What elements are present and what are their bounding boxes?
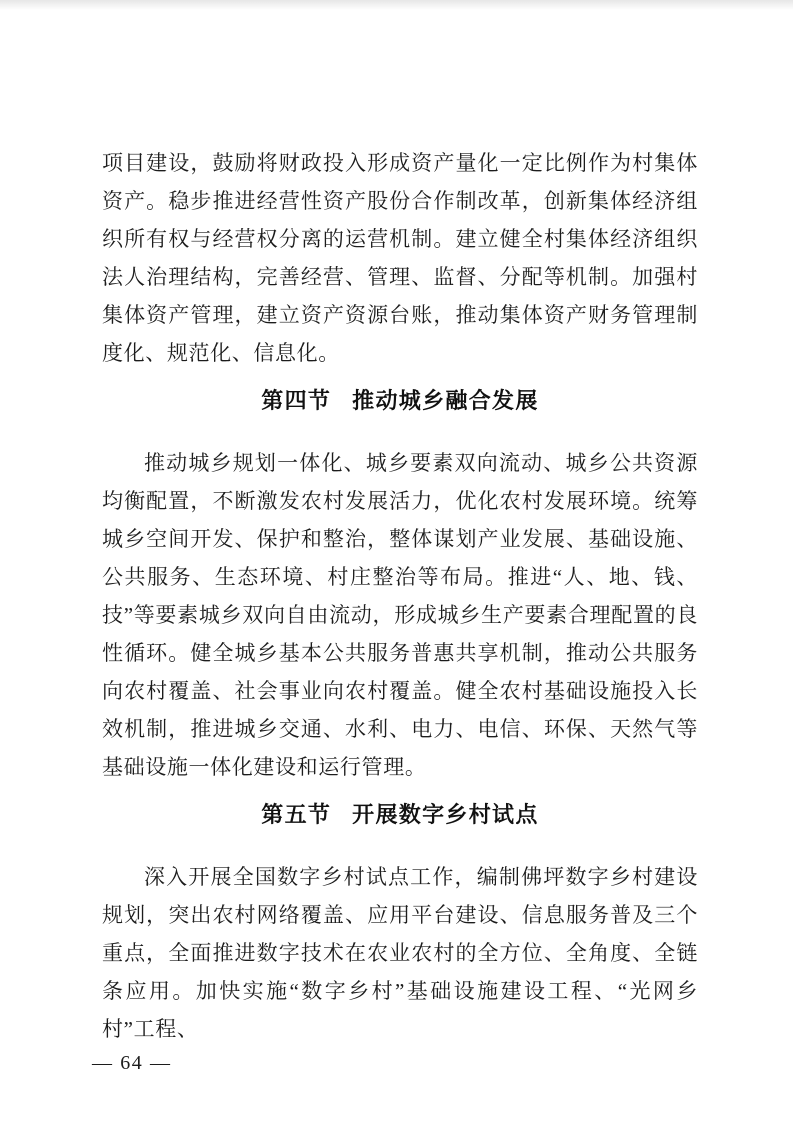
section-title: 开展数字乡村试点 bbox=[352, 802, 539, 827]
section-title: 推动城乡融合发展 bbox=[352, 388, 539, 413]
page-content: 项目建设，鼓励将财政投入形成资产量化一定比例作为村集体资产。稳步推进经营性资产股… bbox=[102, 144, 698, 1048]
document-page: 项目建设，鼓励将财政投入形成资产量化一定比例作为村集体资产。稳步推进经营性资产股… bbox=[0, 0, 793, 1122]
paragraph-continuation: 项目建设，鼓励将财政投入形成资产量化一定比例作为村集体资产。稳步推进经营性资产股… bbox=[102, 144, 698, 372]
section-number: 第五节 bbox=[261, 802, 331, 827]
paragraph-body: 推动城乡规划一体化、城乡要素双向流动、城乡公共资源均衡配置，不断激发农村发展活力… bbox=[102, 444, 698, 786]
section-heading-5: 第五节开展数字乡村试点 bbox=[102, 800, 698, 830]
page-number: — 64 — bbox=[92, 1048, 172, 1078]
section-number: 第四节 bbox=[261, 388, 331, 413]
paragraph-body: 深入开展全国数字乡村试点工作，编制佛坪数字乡村建设规划，突出农村网络覆盖、应用平… bbox=[102, 858, 698, 1048]
section-heading-4: 第四节推动城乡融合发展 bbox=[102, 386, 698, 416]
